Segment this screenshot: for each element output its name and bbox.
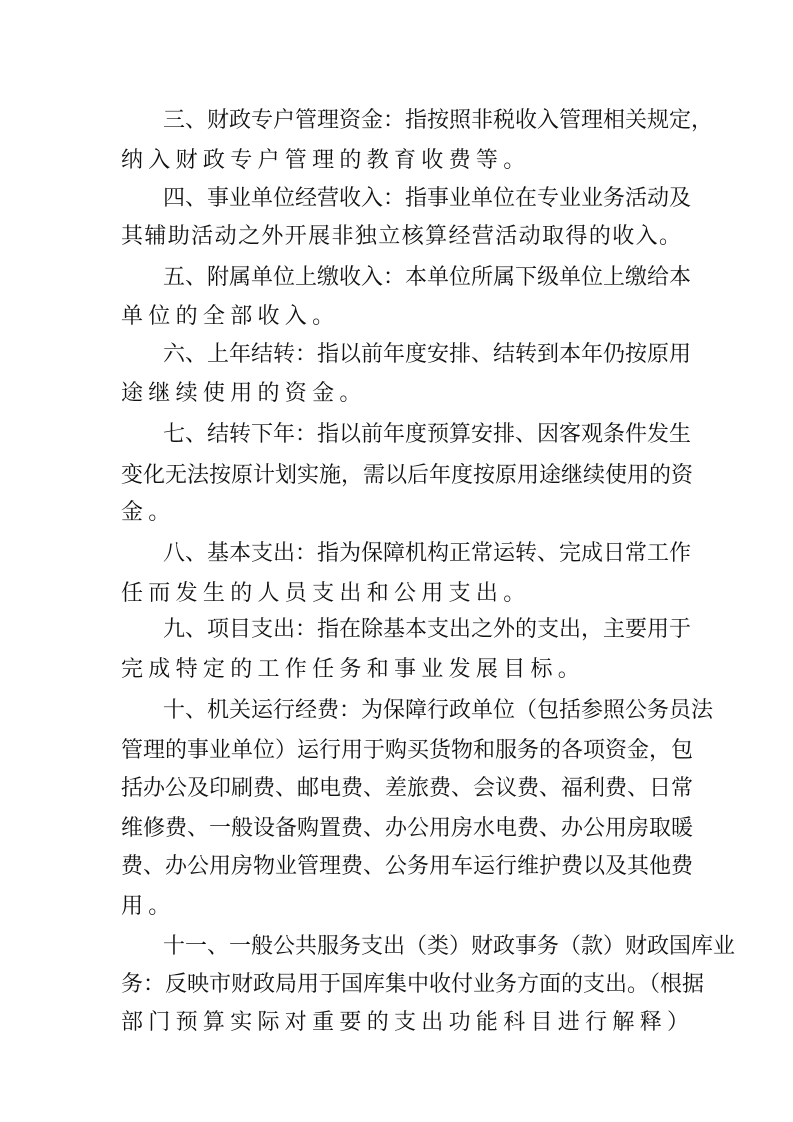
paragraph-6-line-2: 途继续使用的资金。 — [121, 380, 681, 408]
paragraph-7-line-2: 变化无法按原计划实施，需以后年度按原用途继续使用的资 — [121, 462, 681, 490]
paragraph-8-line-1: 八、基本支出：指为保障机构正常运转、完成日常工作 — [163, 540, 681, 568]
paragraph-10-line-4: 维修费、一般设备购置费、办公用房水电费、办公用房取暖 — [121, 815, 681, 843]
paragraph-10-line-1: 十、机关运行经费：为保障行政单位（包括参照公务员法 — [163, 697, 681, 725]
paragraph-10-line-3: 括办公及印刷费、邮电费、差旅费、会议费、福利费、日常 — [121, 775, 681, 803]
paragraph-10-line-6: 用。 — [121, 893, 681, 921]
paragraph-5-line-2: 单位的全部收入。 — [121, 303, 681, 331]
paragraph-8-line-2: 任而发生的人员支出和公用支出。 — [121, 580, 681, 608]
paragraph-11-line-2: 务：反映市财政局用于国库集中收付业务方面的支出。（根据 — [121, 971, 681, 999]
paragraph-4-line-1: 四、事业单位经营收入：指事业单位在专业业务活动及 — [163, 185, 681, 213]
paragraph-11-line-1: 十一、一般公共服务支出（类）财政事务（款）财政国库业 — [163, 933, 681, 961]
paragraph-3-line-2: 纳入财政专户管理的教育收费等。 — [121, 147, 681, 175]
paragraph-3-line-1: 三、财政专户管理资金：指按照非税收入管理相关规定， — [163, 107, 681, 135]
paragraph-10-line-5: 费、办公用房物业管理费、公务用车运行维护费以及其他费 — [121, 853, 681, 881]
paragraph-9-line-2: 完成特定的工作任务和事业发展目标。 — [121, 656, 681, 684]
document-page: 三、财政专户管理资金：指按照非税收入管理相关规定， 纳入财政专户管理的教育收费等… — [0, 0, 793, 1122]
paragraph-10-line-2: 管理的事业单位）运行用于购买货物和服务的各项资金，包 — [121, 737, 681, 765]
paragraph-9-line-1: 九、项目支出：指在除基本支出之外的支出，主要用于 — [163, 616, 681, 644]
paragraph-7-line-3: 金。 — [121, 499, 681, 527]
paragraph-11-line-3: 部门预算实际对重要的支出功能科目进行解释） — [121, 1009, 681, 1037]
paragraph-7-line-1: 七、结转下年：指以前年度预算安排、因客观条件发生 — [163, 421, 681, 449]
paragraph-6-line-1: 六、上年结转：指以前年度安排、结转到本年仍按原用 — [163, 341, 681, 369]
paragraph-5-line-1: 五、附属单位上缴收入：本单位所属下级单位上缴给本 — [163, 264, 681, 292]
paragraph-4-line-2: 其辅助活动之外开展非独立核算经营活动取得的收入。 — [121, 223, 681, 251]
